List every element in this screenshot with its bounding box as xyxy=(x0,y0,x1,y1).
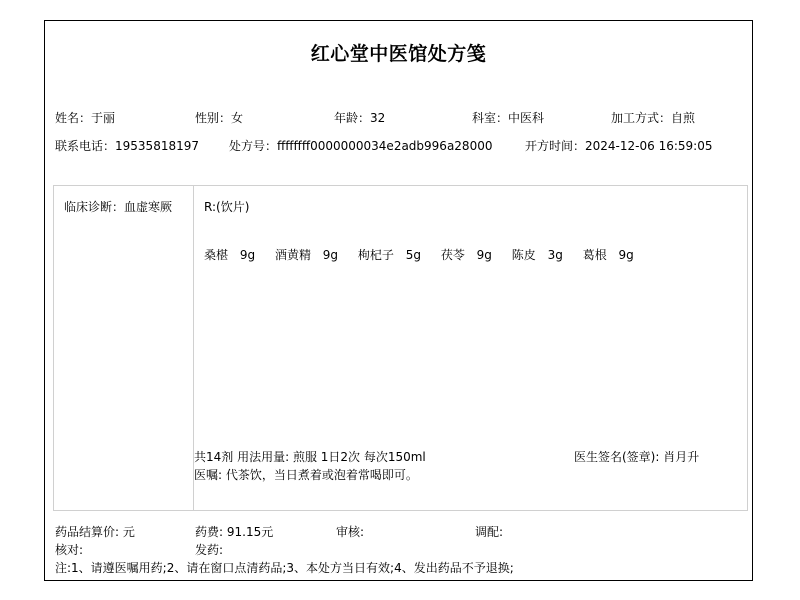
prescription-sheet: 红心堂中医馆处方笺 姓名：于丽 性别：女 年龄：32 科室：中医科 加工方式：自… xyxy=(44,20,753,581)
dispense-field: 调配: xyxy=(475,523,503,540)
herb-item: 葛根 9g xyxy=(583,248,642,262)
prescription-time: 开方时间：2024-12-06 16:59:05 xyxy=(525,137,712,154)
herb-item: 桑椹 9g xyxy=(204,248,263,262)
herb-item: 酒黄精 9g xyxy=(275,248,346,262)
prescription-number: 处方号：ffffffff0000000034e2adb996a28000 xyxy=(229,137,492,154)
doctor-signature: 医生签名(签章): 肖月升 xyxy=(574,448,704,466)
footer-note: 注:1、请遵医嘱用药;2、请在窗口点清药品;3、本处方当日有效;4、发出药品不予… xyxy=(55,559,514,576)
herb-list: 桑椹 9g 酒黄精 9g 枸杞子 5g 茯苓 9g 陈皮 3g 葛根 9g xyxy=(204,246,650,263)
issue-field: 发药: xyxy=(195,541,223,558)
check-field: 核对: xyxy=(55,541,83,558)
usage-instructions: 共14剂 用法用量: 煎服 1日2次 每次150ml xyxy=(194,448,426,465)
rx-header: R:(饮片) xyxy=(204,198,249,215)
patient-gender: 性别：女 xyxy=(195,109,243,126)
patient-name: 姓名：于丽 xyxy=(55,109,115,126)
diagnosis: 临床诊断：血虚寒厥 xyxy=(64,198,172,215)
review-field: 审核: xyxy=(336,523,364,540)
herb-item: 茯苓 9g xyxy=(441,248,500,262)
page-title: 红心堂中医馆处方笺 xyxy=(45,39,752,66)
phone: 联系电话：19535818197 xyxy=(55,137,199,154)
doctor-advice: 医嘱: 代茶饮，当日煮着或泡着常喝即可。 xyxy=(194,466,418,483)
medicine-fee: 药费: 91.15元 xyxy=(195,523,273,540)
patient-age: 年龄：32 xyxy=(334,109,385,126)
herb-item: 陈皮 3g xyxy=(512,248,571,262)
herb-item: 枸杞子 5g xyxy=(358,248,429,262)
prescription-box: 临床诊断：血虚寒厥 R:(饮片) 桑椹 9g 酒黄精 9g 枸杞子 5g 茯苓 … xyxy=(53,185,748,511)
processing-method: 加工方式：自煎 xyxy=(611,109,695,126)
settlement-price: 药品结算价: 元 xyxy=(55,523,135,540)
department: 科室：中医科 xyxy=(472,109,544,126)
